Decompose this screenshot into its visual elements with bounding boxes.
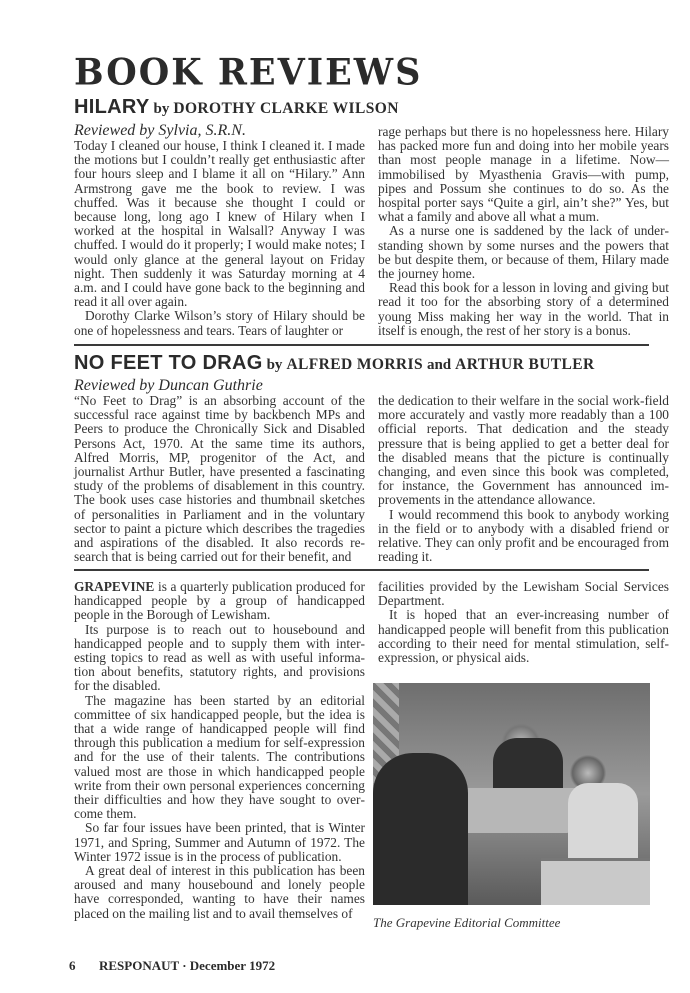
grapevine-left-column: GRAPEVINE is a quarterly publication pro… <box>74 580 365 921</box>
review-heading-no-feet-to-drag: NO FEET TO DRAG by ALFRED MORRIS and ART… <box>74 352 595 375</box>
editorial-committee-photo <box>373 683 650 905</box>
review-heading-hilary: HILARY by DOROTHY CLARKE WILSON <box>74 96 399 119</box>
figure-man-in-suit <box>493 738 563 788</box>
paragraph: So far four issues have been printed, th… <box>74 821 365 864</box>
photo-caption: The Grapevine Editorial Committee <box>373 915 560 931</box>
and-label: and <box>427 357 451 373</box>
wheelchair-shape <box>541 858 650 905</box>
paragraph: facilities provided by the Lewisham Soci… <box>378 580 669 608</box>
paragraph: It is hoped that an ever-increasing numb… <box>378 608 669 665</box>
page-number: 6 <box>69 958 99 974</box>
review-hilary-right-column: rage perhaps but there is no hopelessnes… <box>378 125 669 338</box>
review-hilary-left-column: Reviewed by Sylvia, S.R.N. Today I clean… <box>74 123 365 338</box>
reviewer-byline: Reviewed by Sylvia, S.R.N. <box>74 123 365 139</box>
book-title: HILARY <box>74 96 150 118</box>
paragraph: the dedication to their welfare in the s… <box>378 394 669 508</box>
grapevine-right-column: facilities provided by the Lewisham Soci… <box>378 580 669 665</box>
paragraph: The magazine has been started by an edit… <box>74 694 365 822</box>
paragraph: As a nurse one is saddened by the lack o… <box>378 224 669 281</box>
page-title: BOOK REVIEWS <box>74 51 422 94</box>
review-nftd-left-column: Reviewed by Duncan Guthrie “No Feet to D… <box>74 378 365 564</box>
paragraph: rage perhaps but there is no hopelessnes… <box>378 125 669 224</box>
paragraph: GRAPEVINE is a quarterly publication pro… <box>74 580 365 623</box>
figure-man-in-cardigan <box>568 783 638 863</box>
paragraph: Read this book for a lesson in loving an… <box>378 281 669 338</box>
author-name: DOROTHY CLARKE WILSON <box>173 100 398 117</box>
section-divider <box>74 344 649 346</box>
paragraph: Today I cleaned our house, I think I cle… <box>74 139 365 309</box>
paragraph: Dorothy Clarke Wilson’s story of Hilary … <box>74 309 365 337</box>
review-nftd-right-column: the dedication to their welfare in the s… <box>378 394 669 564</box>
author-name: ARTHUR BUTLER <box>455 356 594 373</box>
reviewer-byline: Reviewed by Duncan Guthrie <box>74 378 365 394</box>
author-name: ALFRED MORRIS <box>286 356 423 373</box>
by-label: by <box>154 101 170 117</box>
paragraph: A great deal of interest in this publica… <box>74 864 365 921</box>
figure-foreground-woman <box>373 753 468 905</box>
book-title: NO FEET TO DRAG <box>74 352 263 374</box>
section-divider <box>74 569 649 571</box>
paragraph: “No Feet to Drag” is an absorbing accoun… <box>74 394 365 564</box>
grapevine-lead-word: GRAPEVINE <box>74 579 154 594</box>
page-footer: 6RESPONAUT · December 1972 <box>69 958 275 974</box>
by-label: by <box>267 357 283 373</box>
publication-name: RESPONAUT · December 1972 <box>99 958 275 973</box>
paragraph: I would recommend this book to anybody w… <box>378 508 669 565</box>
paragraph: Its purpose is to reach out to houseboun… <box>74 623 365 694</box>
